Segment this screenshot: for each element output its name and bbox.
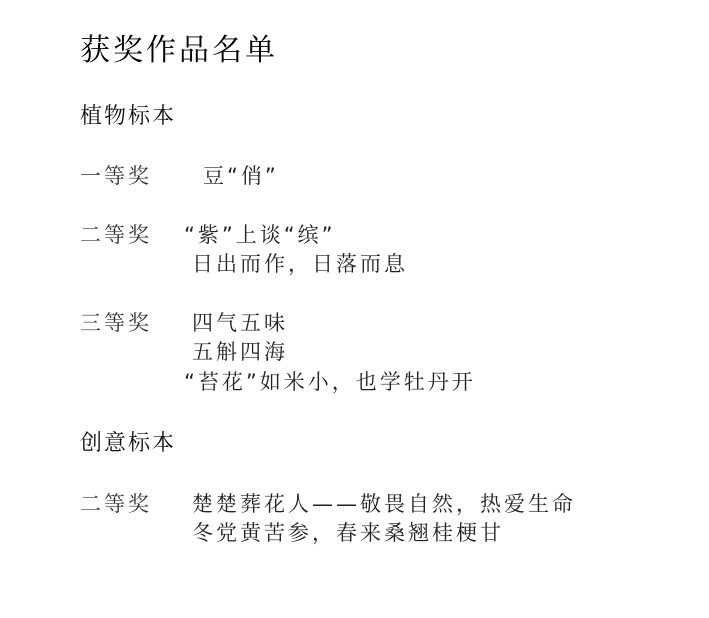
award-work: “紫”上谈“缤” — [184, 225, 336, 246]
award-work: 冬党黄苦参，春来桑翘桂梗甘 — [192, 523, 504, 544]
award-rank-third: 三等奖 — [80, 313, 152, 334]
award-work: “苔花”如米小，也学牡丹开 — [184, 372, 476, 393]
award-rank-second: 二等奖 — [80, 225, 152, 246]
award-work: 日出而作，日落而息 — [192, 254, 408, 275]
award-work: 楚楚葬花人——敬畏自然，热爱生命 — [192, 494, 576, 515]
award-rank-first: 一等奖 — [80, 166, 152, 187]
section-heading-creative-specimens: 创意标本 — [80, 433, 176, 455]
award-work: 四气五味 — [192, 313, 288, 334]
award-work: 五斛四海 — [192, 342, 288, 363]
award-rank-second: 二等奖 — [80, 494, 152, 515]
section-heading-plant-specimens: 植物标本 — [80, 106, 176, 128]
page-title: 获奖作品名单 — [80, 36, 278, 66]
award-work: 豆“俏” — [203, 166, 279, 187]
